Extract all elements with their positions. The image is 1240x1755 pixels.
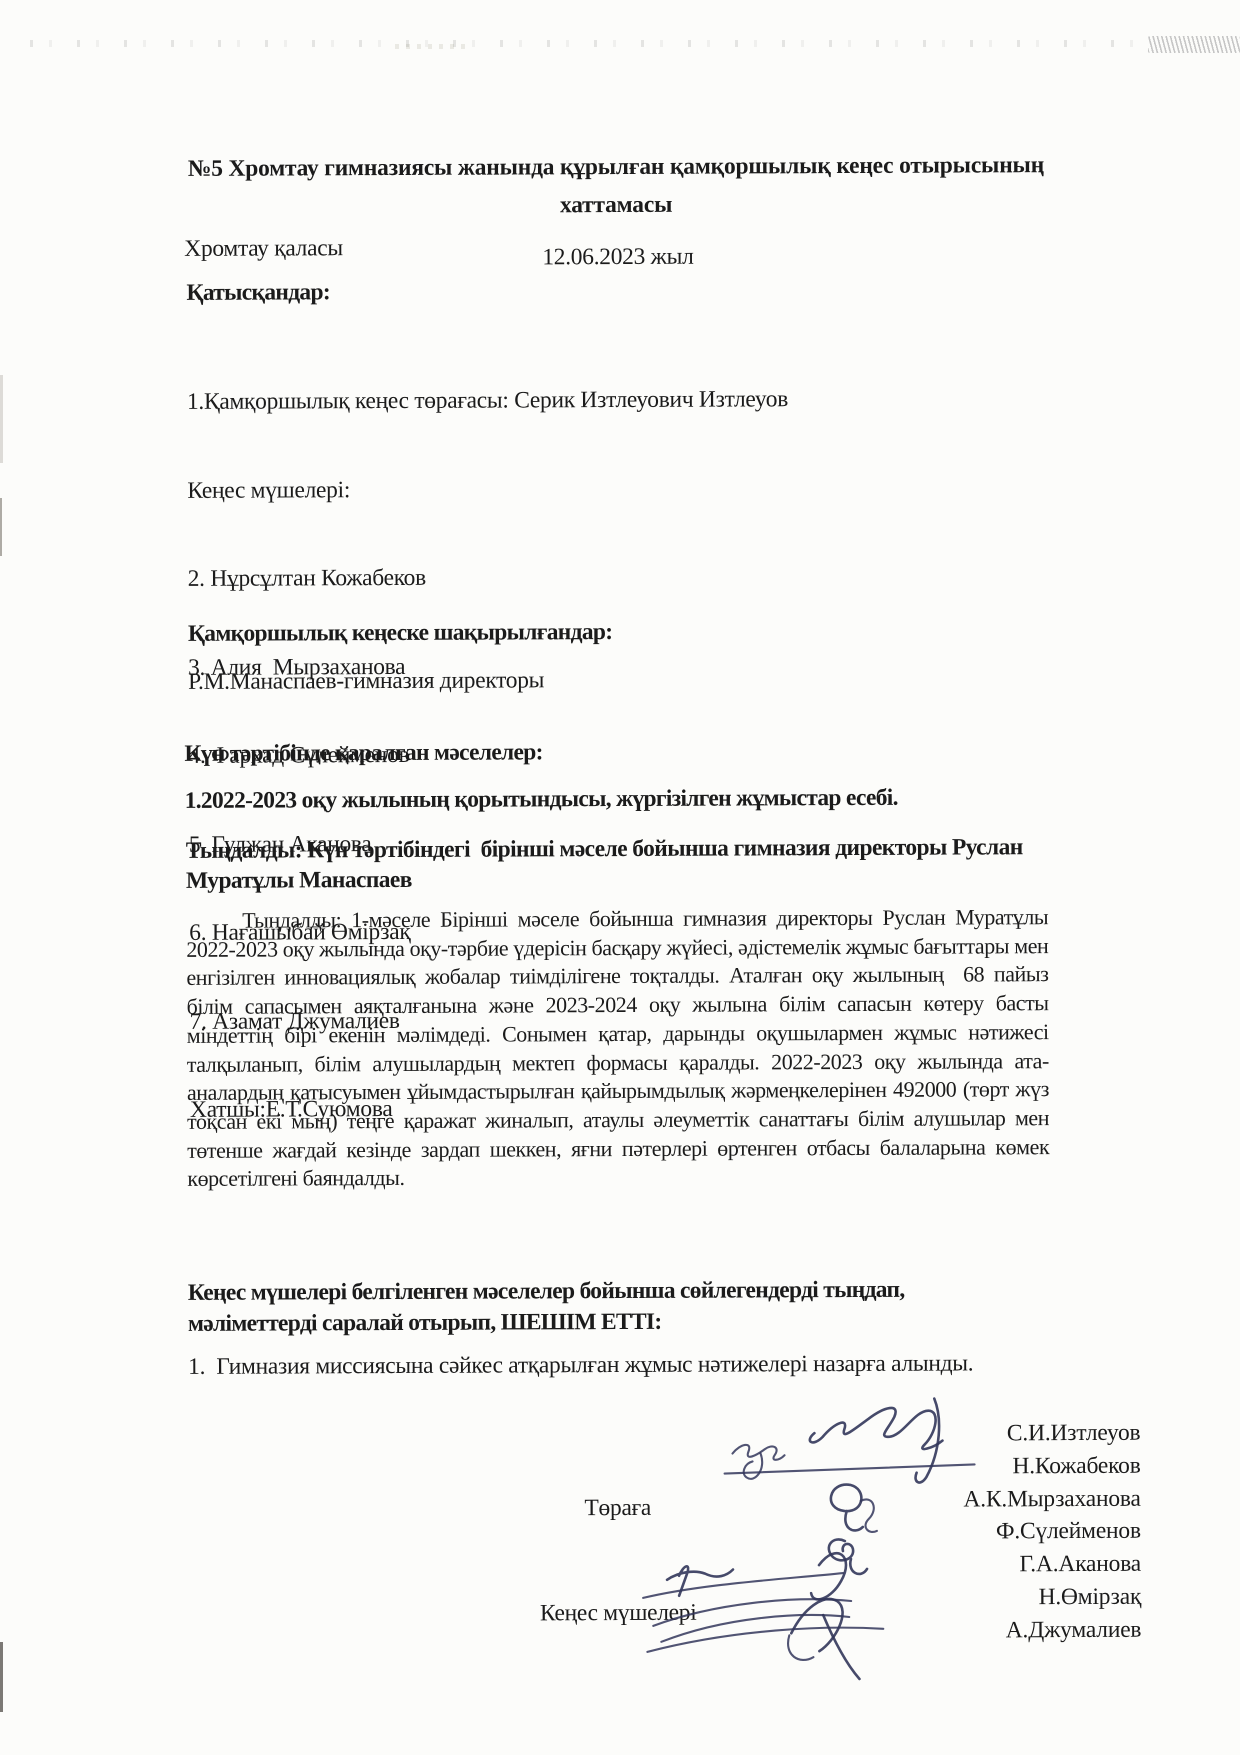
document-title-line2: хаттамасы (186, 184, 1046, 226)
document-title: №5 Хромтау гимназиясы жанында құрылған қ… (186, 146, 1046, 226)
city-label: Хромтау қаласы (184, 234, 343, 264)
document-title-line1: №5 Хромтау гимназиясы жанында құрылған қ… (186, 146, 1046, 188)
signer-name: А.К.Мырзаханова (703, 1482, 1141, 1517)
participant-line: Кеңес мүшелері: (187, 473, 1047, 506)
signer-names: С.И.Изтлеуов Н.Кожабеков А.К.Мырзаханова… (702, 1417, 1141, 1648)
signer-name: Н.Кожабеков (703, 1450, 1141, 1485)
participant-line: 2. Нұрсұлтан Кожабеков (188, 561, 1048, 594)
document-content: №5 Хромтау гимназиясы жанында құрылған қ… (0, 0, 1240, 1755)
participants-heading: Қатысқандар: (186, 279, 330, 307)
participant-line: 1.Қамқоршылық кеңес төрағасы: Серик Изтл… (187, 384, 1047, 417)
signer-name: Г.А.Аканова (703, 1548, 1141, 1583)
invited-heading: Қамқоршылық кеңеске шақырылғандар: (188, 619, 613, 648)
signer-name: Н.Өмірзақ (703, 1581, 1141, 1616)
decision-heading: Кеңес мүшелері белгіленген мәселелер бой… (188, 1274, 988, 1338)
agenda-item-1: 1.2022-2023 оқу жылының қорытындысы, жүр… (185, 784, 1055, 815)
decision-item-1: 1. Гимназия миссиясына сәйкес атқарылған… (188, 1349, 1068, 1382)
signer-name: С.И.Изтлеуов (702, 1417, 1140, 1452)
scanned-protocol-document: №5 Хромтау гимназиясы жанында құрылған қ… (0, 0, 1240, 1755)
minutes-body-paragraph: Тыңдалды: 1-мәселе Бірінші мәселе бойынш… (186, 903, 1049, 1194)
agenda-heading: Күн тәртібінде қаралған мәселелер: (184, 739, 542, 768)
signer-name: Ф.Сүлейменов (703, 1515, 1141, 1550)
heard-heading: Тыңдалды: Күн тәртібіндегі бірінші мәсел… (186, 832, 1058, 896)
invited-person: Р.М.Манаспаев-гимназия директоры (188, 666, 544, 697)
signer-name: А.Джумалиев (703, 1614, 1141, 1649)
date-label: 12.06.2023 жыл (542, 243, 693, 273)
